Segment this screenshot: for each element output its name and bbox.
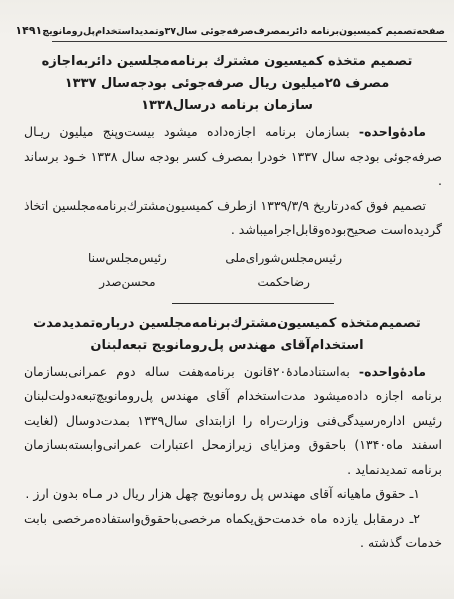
signature-block: رئیس‌مجلس‌شورای‌ملی رضاحکمت رئیس‌مجلس‌سن… xyxy=(88,247,342,294)
article-label: مادۀواحده- xyxy=(359,364,426,379)
running-title: تصمیم کمیسیون‌برنامه دائربمصرف‌صرفه‌جوئی… xyxy=(42,26,416,37)
page-label: صفحه xyxy=(416,26,445,37)
resolution1-title: تصمیم متخذه کمیسیون مشترك برنامه‌مجلسین … xyxy=(10,51,444,117)
signature-name: محسن‌صدر xyxy=(88,271,167,294)
signature-title: رئیس‌مجلس‌شورای‌ملی xyxy=(225,247,342,270)
resolution1-title-line2: مصرف ۲۵میلیون ریال صرفه‌جوئی بودجه‌سال ۱… xyxy=(10,73,444,95)
scanned-document-page: صفحه تصمیم کمیسیون‌برنامه دائربمصرف‌صرفه… xyxy=(0,0,454,599)
resolution1-article-paragraph: مادۀواحده- بسازمان برنامه اجازه‌داده میش… xyxy=(24,120,442,194)
numbered-item-1: ۱ـ حقوق ماهیانه آقای مهندس پل رومانویج چ… xyxy=(24,482,442,507)
page-number: ۱۴۹۱ xyxy=(15,24,42,37)
signature-title: رئیس‌مجلس‌سنا xyxy=(88,247,167,270)
running-header: صفحه تصمیم کمیسیون‌برنامه دائربمصرف‌صرفه… xyxy=(52,24,447,42)
resolution1-ratification-paragraph: تصمیم فوق که‌درتاریخ ۱۳۳۹/۳/۹ ازطرف کمیس… xyxy=(24,194,442,243)
resolution2-title-line2: استخدام‌آقای مهندس پل‌رومانویج تبعه‌لبنا… xyxy=(10,335,444,357)
resolution1-body: مادۀواحده- بسازمان برنامه اجازه‌داده میش… xyxy=(24,120,442,243)
section-divider xyxy=(172,303,334,304)
resolution2-title: تصمیم‌متخذه کمیسیون‌مشترك‌برنامه‌مجلسین … xyxy=(10,313,444,357)
signature-majlis-sena: رئیس‌مجلس‌سنا محسن‌صدر xyxy=(88,247,167,294)
signature-majlis-shora: رئیس‌مجلس‌شورای‌ملی رضاحکمت xyxy=(225,247,342,294)
resolution2-title-line1: تصمیم‌متخذه کمیسیون‌مشترك‌برنامه‌مجلسین … xyxy=(10,313,444,335)
resolution1-title-line3: سازمان برنامه درسال۱۳۳۸ xyxy=(10,95,444,117)
resolution2-article-paragraph: مادۀواحده- به‌استنادمادۀ۲۰قانون برنامه‌ه… xyxy=(24,360,442,483)
resolution1-title-line1: تصمیم متخذه کمیسیون مشترك برنامه‌مجلسین … xyxy=(10,51,444,73)
signature-name: رضاحکمت xyxy=(225,271,342,294)
article-label: مادۀواحده- xyxy=(359,124,426,139)
resolution2-body: مادۀواحده- به‌استنادمادۀ۲۰قانون برنامه‌ه… xyxy=(24,360,442,556)
numbered-item-2: ۲ـ درمقابل یازده ماه خدمت‌حق‌یکماه مرخصی… xyxy=(24,507,442,556)
article-text: به‌استنادمادۀ۲۰قانون برنامه‌هفت ساله دوم… xyxy=(24,364,442,477)
